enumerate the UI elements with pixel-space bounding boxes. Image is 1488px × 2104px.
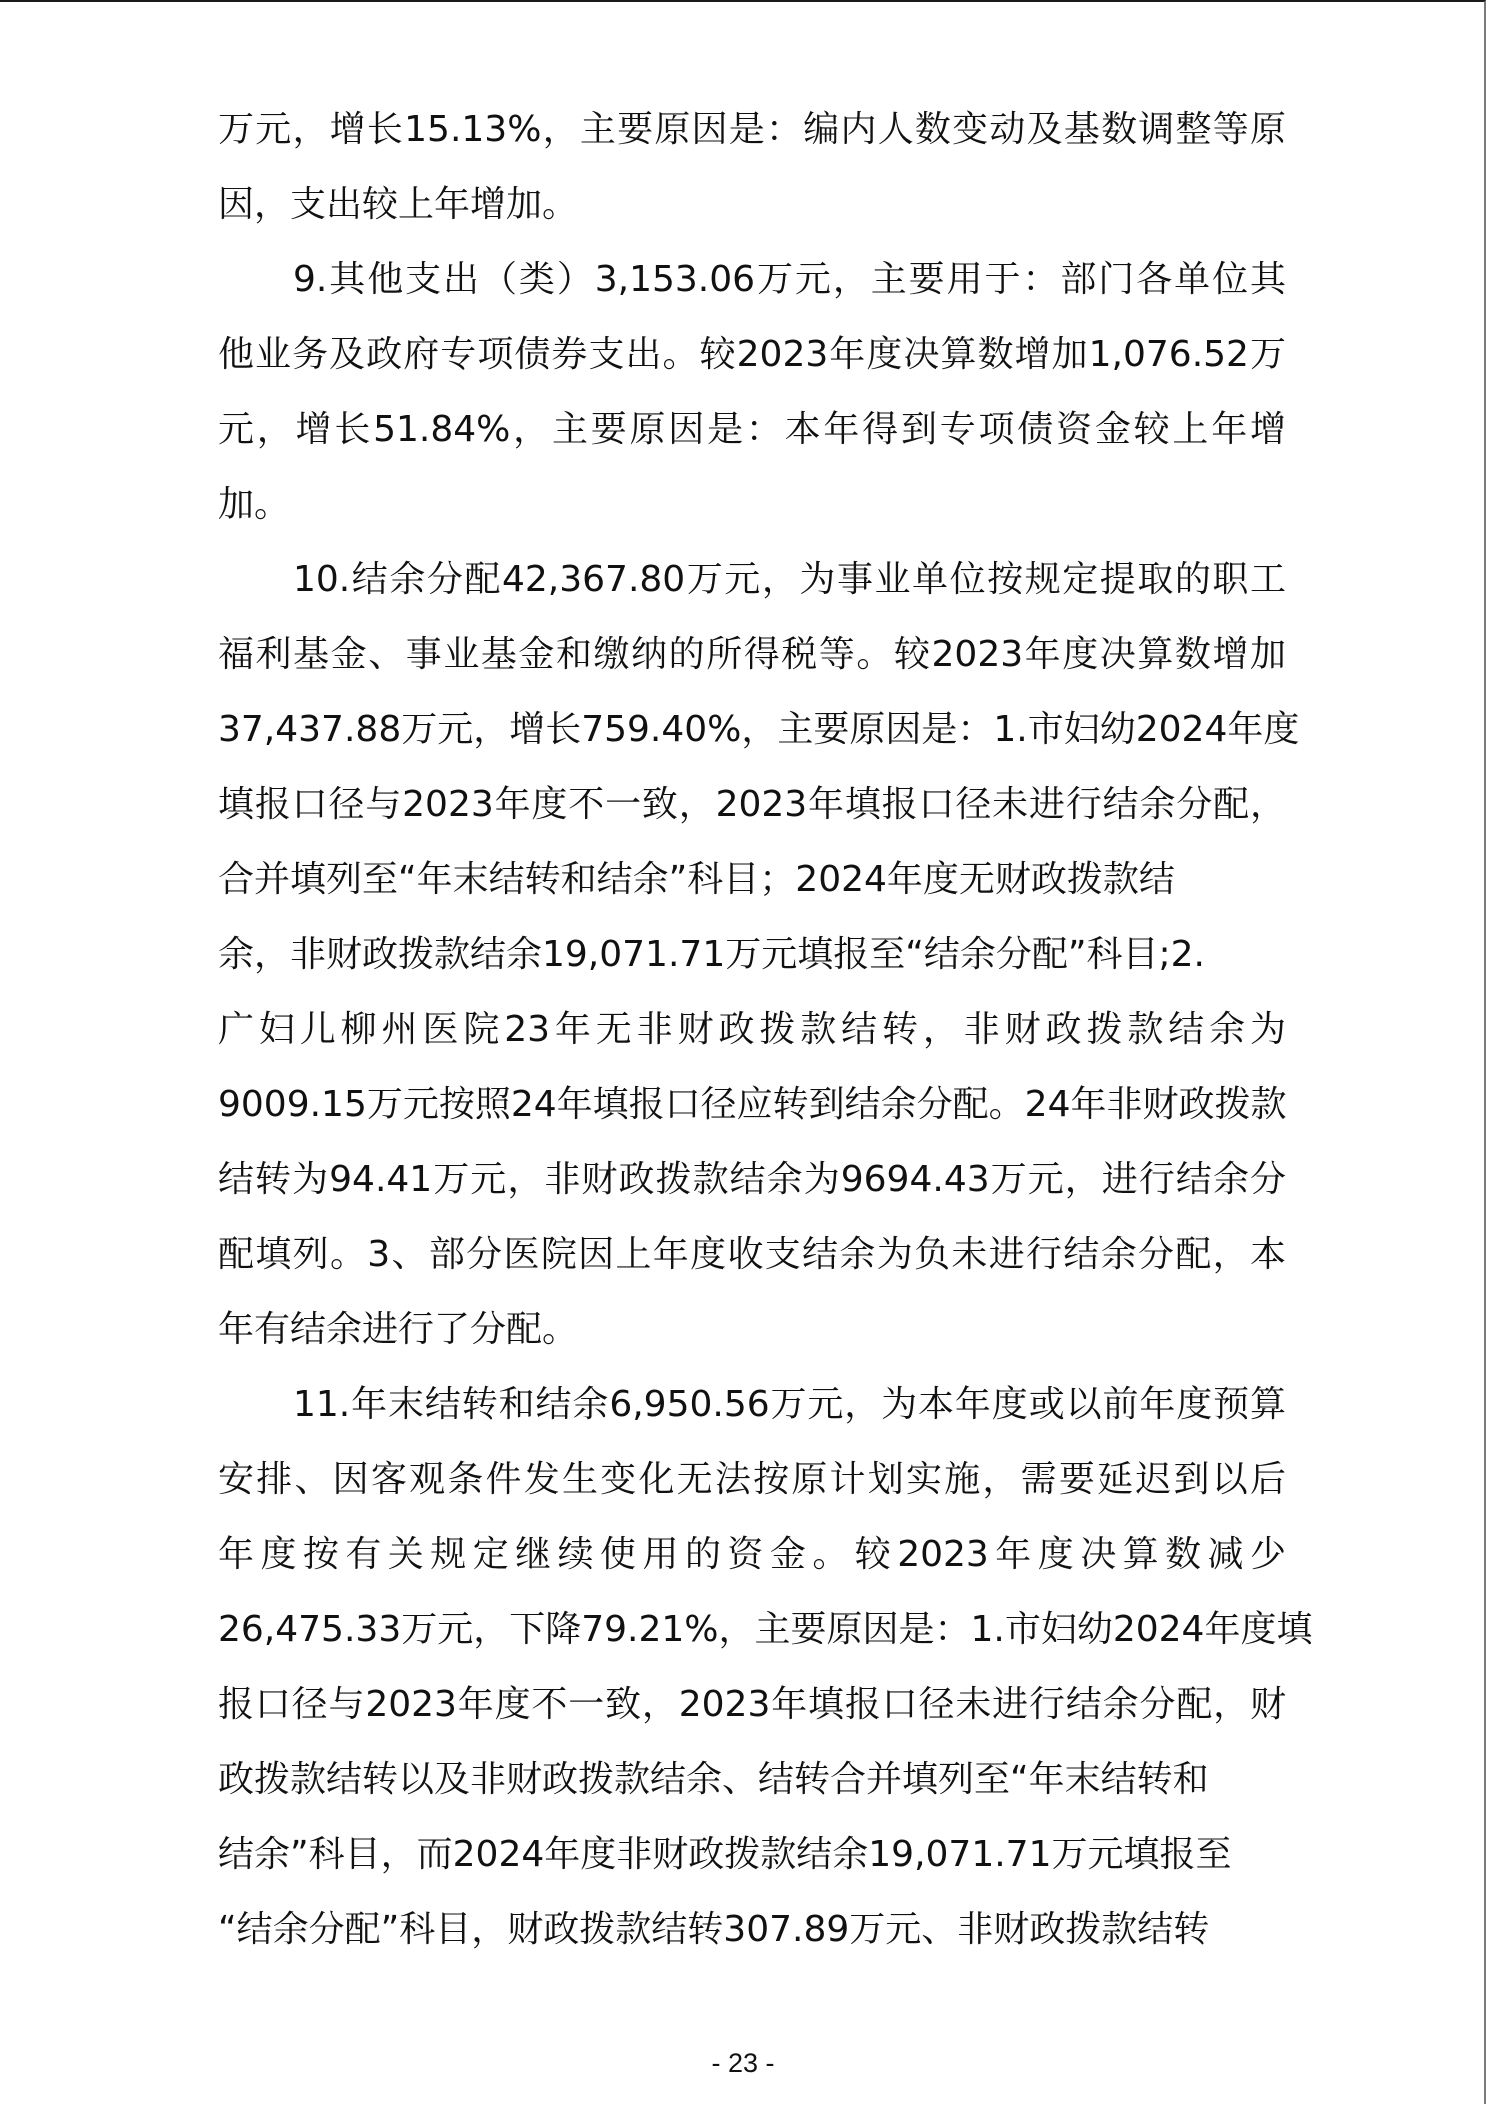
- text-line: 余，非财政拨款结余19,071.71万元填报至“结余分配”科目;2.: [218, 917, 1286, 992]
- text-line: 结余”科目，而2024年度非财政拨款结余19,071.71万元填报至: [218, 1817, 1286, 1892]
- text-line: 广妇儿柳州医院23年无非财政拨款结转，非财政拨款结余为: [218, 992, 1286, 1067]
- paragraph-9-start: 9.其他支出（类）3,153.06万元，主要用于：部门各单位其: [218, 242, 1286, 317]
- text-line: 37,437.88万元，增长759.40%，主要原因是：1.市妇幼2024年度: [218, 692, 1286, 767]
- text-line: 9009.15万元按照24年填报口径应转到结余分配。24年非财政拨款: [218, 1067, 1286, 1142]
- text-line: 年有结余进行了分配。: [218, 1292, 1286, 1367]
- text-line: 报口径与2023年度不一致，2023年填报口径未进行结余分配，财: [218, 1667, 1286, 1742]
- text-line: 填报口径与2023年度不一致，2023年填报口径未进行结余分配，: [218, 767, 1286, 842]
- text-line: 因，支出较上年增加。: [218, 167, 1286, 242]
- document-page: 万元，增长15.13%，主要原因是：编内人数变动及基数调整等原 因，支出较上年增…: [0, 0, 1486, 2104]
- text-line: 元，增长51.84%，主要原因是：本年得到专项债资金较上年增: [218, 392, 1286, 467]
- text-line: 政拨款结转以及非财政拨款结余、结转合并填列至“年末结转和: [218, 1742, 1286, 1817]
- text-line: 结转为94.41万元，非财政拨款结余为9694.43万元，进行结余分: [218, 1142, 1286, 1217]
- text-line: 福利基金、事业基金和缴纳的所得税等。较2023年度决算数增加: [218, 617, 1286, 692]
- text-line: 26,475.33万元，下降79.21%，主要原因是：1.市妇幼2024年度填: [218, 1592, 1286, 1667]
- text-line: 万元，增长15.13%，主要原因是：编内人数变动及基数调整等原: [218, 92, 1286, 167]
- text-line: 年度按有关规定继续使用的资金。较2023年度决算数减少: [218, 1517, 1286, 1592]
- paragraph-10-start: 10.结余分配42,367.80万元，为事业单位按规定提取的职工: [218, 542, 1286, 617]
- text-line: “结余分配”科目，财政拨款结转307.89万元、非财政拨款结转: [218, 1892, 1286, 1967]
- body-text: 万元，增长15.13%，主要原因是：编内人数变动及基数调整等原 因，支出较上年增…: [218, 92, 1286, 1967]
- text-line: 配填列。3、部分医院因上年度收支结余为负未进行结余分配，本: [218, 1217, 1286, 1292]
- paragraph-11-start: 11.年末结转和结余6,950.56万元，为本年度或以前年度预算: [218, 1367, 1286, 1442]
- text-line: 安排、因客观条件发生变化无法按原计划实施，需要延迟到以后: [218, 1442, 1286, 1517]
- text-line: 他业务及政府专项债券支出。较2023年度决算数增加1,076.52万: [218, 317, 1286, 392]
- text-line: 合并填列至“年末结转和结余”科目；2024年度无财政拨款结: [218, 842, 1286, 917]
- text-line: 加。: [218, 467, 1286, 542]
- page-number: - 23 -: [0, 2048, 1486, 2079]
